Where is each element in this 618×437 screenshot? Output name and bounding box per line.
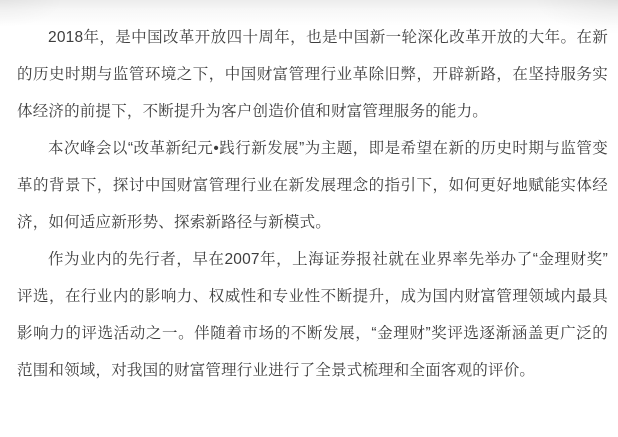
- paragraph: 作为业内的先行者，早在2007年，上海证券报社就在业界率先举办了“金理财奖”评选…: [17, 241, 608, 389]
- article-body: 2018年，是中国改革开放四十周年，也是中国新一轮深化改革开放的大年。在新的历史…: [17, 19, 608, 389]
- paragraph: 2018年，是中国改革开放四十周年，也是中国新一轮深化改革开放的大年。在新的历史…: [17, 19, 608, 130]
- paragraph: 本次峰会以“改革新纪元•践行新发展”为主题，即是希望在新的历史时期与监管变革的背…: [17, 130, 608, 241]
- article-page: { "colors": { "page_background": "#fffff…: [0, 0, 618, 437]
